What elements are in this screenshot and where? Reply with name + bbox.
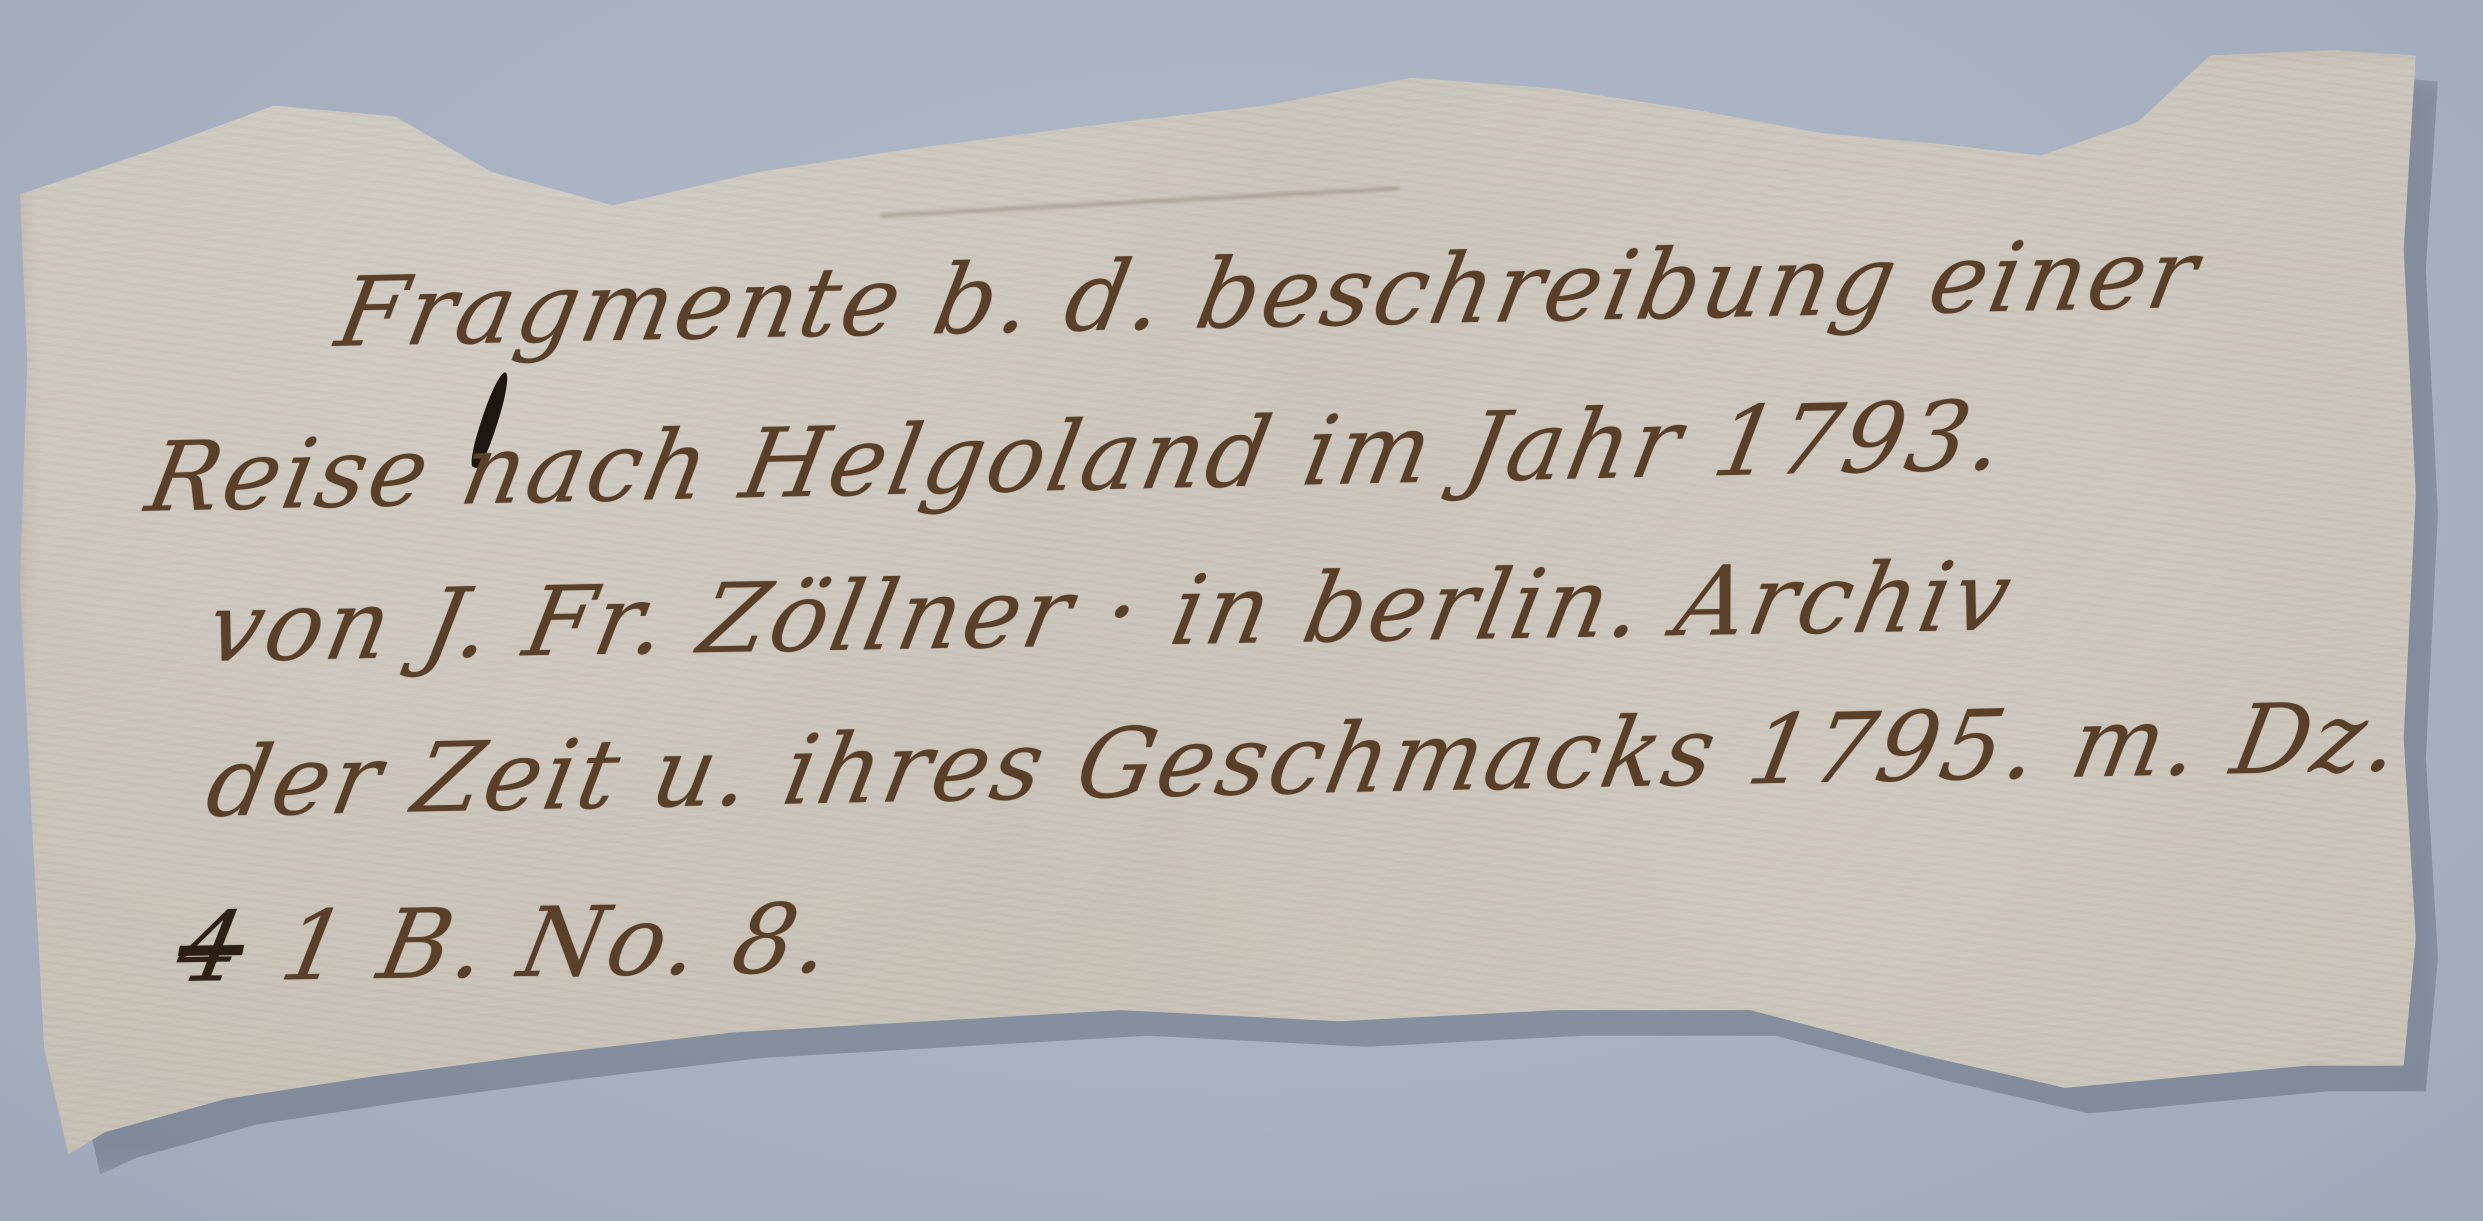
note-line-1: Fragmente b. d. beschreibung einer xyxy=(330,226,2207,361)
struck-through-mark: 4 xyxy=(168,891,254,1004)
note-line-3: von J. Fr. Zöllner · in berlin. Archiv xyxy=(200,548,2021,676)
note-line-2: Reise nach Helgoland im Jahr 1793. xyxy=(140,387,2015,526)
note-line-5-text: 1 B. No. 8. xyxy=(272,883,843,1003)
photo-scene: Fragmente b. d. beschreibung einer Reise… xyxy=(0,0,2483,1221)
note-line-5: 41 B. No. 8. xyxy=(170,891,842,996)
handwritten-note: Fragmente b. d. beschreibung einer Reise… xyxy=(0,0,2483,1221)
note-line-4: der Zeit u. ihres Geschmacks 1795. m. Dz… xyxy=(200,689,2411,831)
